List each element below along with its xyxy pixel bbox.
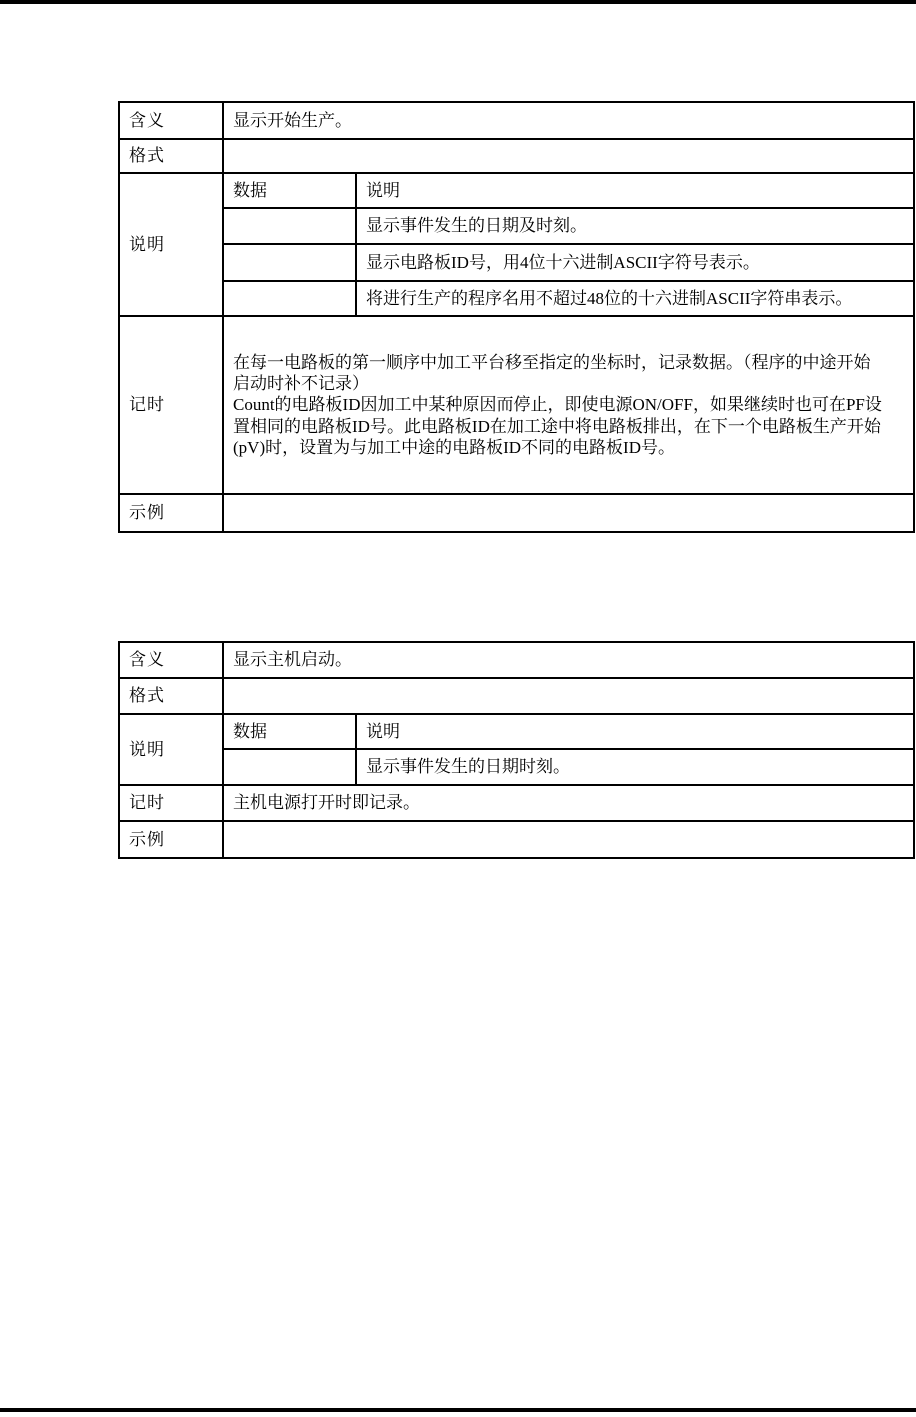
table-row-format: 格式 — [119, 139, 914, 173]
format-label: 格式 — [119, 139, 223, 173]
desc-column-header: 说明 — [356, 173, 914, 208]
table-row-format: 格式 — [119, 678, 914, 714]
data-column-header: 数据 — [223, 714, 356, 749]
detail-data-cell — [223, 749, 356, 785]
page-bottom-rule — [0, 1408, 916, 1412]
table-row-example: 示例 — [119, 494, 914, 532]
example-value — [223, 494, 914, 532]
detail-data-cell — [223, 244, 356, 281]
data-column-header: 数据 — [223, 173, 356, 208]
table-row-timing: 记时 在每一电路板的第一顺序中加工平台移至指定的坐标时，记录数据。（程序的中途开… — [119, 316, 914, 494]
explain-label: 说明 — [119, 714, 223, 785]
desc-column-header: 说明 — [356, 714, 914, 749]
table-row-timing: 记时 主机电源打开时即记录。 — [119, 785, 914, 821]
page-top-rule — [0, 0, 916, 4]
table-row-meaning: 含义 显示主机启动。 — [119, 642, 914, 678]
document-page: { "page": { "top_rule_color": "#000000",… — [0, 0, 916, 1417]
table-row-explain-header: 说明 数据 说明 — [119, 173, 914, 208]
event-spec-table-production-start: 含义 显示开始生产。 格式 说明 数据 说明 显示事件发生的日期及时刻。 显示电… — [118, 101, 915, 533]
detail-data-cell — [223, 281, 356, 316]
detail-data-cell — [223, 208, 356, 244]
meaning-value: 显示开始生产。 — [223, 102, 914, 139]
detail-desc-cell: 显示事件发生的日期时刻。 — [356, 749, 914, 785]
example-label: 示例 — [119, 494, 223, 532]
timing-text: 主机电源打开时即记录。 — [223, 785, 914, 821]
timing-text: 在每一电路板的第一顺序中加工平台移至指定的坐标时，记录数据。（程序的中途开始 启… — [223, 316, 914, 494]
table-row-detail: 将进行生产的程序名用不超过48位的十六进制ASCII字符串表示。 — [119, 281, 914, 316]
example-label: 示例 — [119, 821, 223, 858]
event-spec-table-host-startup: 含义 显示主机启动。 格式 说明 数据 说明 显示事件发生的日期时刻。 记时 主… — [118, 641, 915, 859]
table-row-detail: 显示电路板ID号，用4位十六进制ASCII字符号表示。 — [119, 244, 914, 281]
detail-desc-cell: 显示电路板ID号，用4位十六进制ASCII字符号表示。 — [356, 244, 914, 281]
format-value — [223, 678, 914, 714]
explain-label: 说明 — [119, 173, 223, 316]
timing-label: 记时 — [119, 785, 223, 821]
timing-label: 记时 — [119, 316, 223, 494]
detail-desc-cell: 将进行生产的程序名用不超过48位的十六进制ASCII字符串表示。 — [356, 281, 914, 316]
meaning-label: 含义 — [119, 642, 223, 678]
detail-desc-cell: 显示事件发生的日期及时刻。 — [356, 208, 914, 244]
format-label: 格式 — [119, 678, 223, 714]
format-value — [223, 139, 914, 173]
table-row-detail: 显示事件发生的日期及时刻。 — [119, 208, 914, 244]
table-row-example: 示例 — [119, 821, 914, 858]
table-row-detail: 显示事件发生的日期时刻。 — [119, 749, 914, 785]
table-row-explain-header: 说明 数据 说明 — [119, 714, 914, 749]
meaning-value: 显示主机启动。 — [223, 642, 914, 678]
table-row-meaning: 含义 显示开始生产。 — [119, 102, 914, 139]
example-value — [223, 821, 914, 858]
meaning-label: 含义 — [119, 102, 223, 139]
